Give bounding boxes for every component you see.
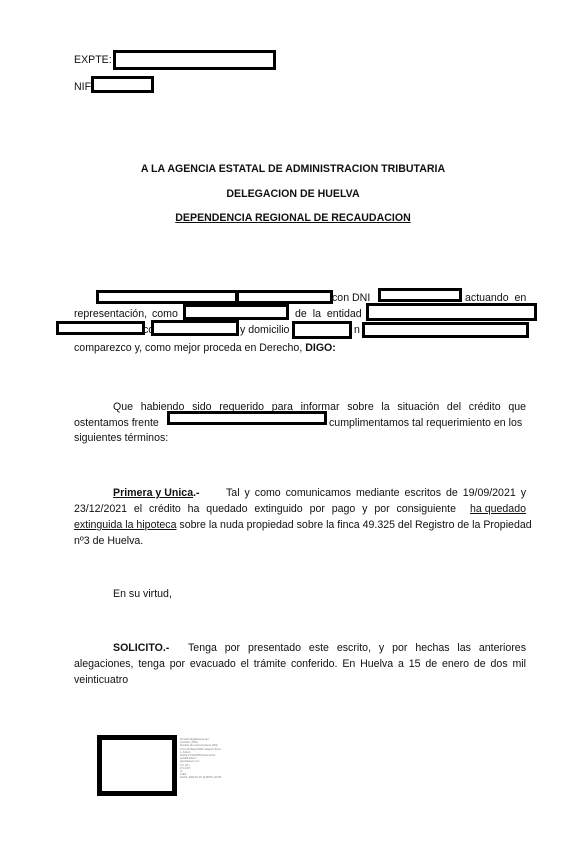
primera-line2-text: 23/12/2021 el crédito ha quedado extingu… (74, 503, 456, 515)
addressee-agency: A LA AGENCIA ESTATAL DE ADMINISTRACION T… (0, 163, 586, 175)
en-su-virtud: En su virtud, (113, 588, 172, 600)
intro-y-domicilio: y domicilio (240, 324, 289, 336)
intro-representacion: representación, como (74, 308, 178, 320)
intro-comparezco-text: comparezco y, como mejor proceda en Dere… (74, 342, 305, 354)
solicito-label: SOLICITO.- (113, 642, 169, 654)
paragraph1-ostentamos: ostentamos frente (74, 417, 159, 429)
primera-line2-underlined: ha quedado (470, 503, 526, 515)
redacted-name-1 (96, 290, 238, 304)
redacted-nif (91, 76, 154, 93)
digo-label: DIGO: (305, 342, 336, 354)
redacted-creditor (167, 411, 327, 425)
primera-line3-underlined: extinguida la hipoteca (74, 519, 176, 531)
intro-de-la-entidad: de la entidad (295, 308, 362, 320)
redacted-entity-cont (56, 321, 145, 335)
addressee-delegation: DELEGACION DE HUELVA (0, 188, 586, 200)
paragraph1-cumplimentamos: cumplimentamos tal requerimiento en los (329, 417, 522, 429)
redacted-address (362, 322, 529, 338)
nif-label: NIF (74, 81, 91, 93)
redacted-name-2 (236, 290, 333, 304)
primera-heading: Primera y Unica.- (113, 487, 200, 499)
primera-heading-suffix: .- (193, 487, 199, 499)
redacted-expte-number (113, 50, 276, 70)
primera-line4: nº3 de Huelva. (74, 535, 143, 547)
primera-line2: 23/12/2021 el crédito ha quedado extingu… (74, 503, 526, 515)
solicito-line3: veinticuatro (74, 674, 128, 686)
solicito-line1: Tenga por presentado este escrito, y por… (188, 642, 526, 654)
intro-n: n (354, 324, 360, 336)
digital-signature-stamp: Firmado digitalmente por (nombre y DNI) … (180, 738, 221, 780)
redacted-signature-image (97, 735, 177, 796)
redacted-dni (378, 288, 462, 302)
solicito-line2: alegaciones, tenga por evacuado el trámi… (74, 658, 526, 670)
primera-line3-text: sobre la nuda propiedad sobre la finca 4… (176, 519, 531, 531)
primera-line3: extinguida la hipoteca sobre la nuda pro… (74, 519, 532, 531)
intro-comparezco: comparezco y, como mejor proceda en Dere… (74, 342, 336, 354)
expte-label: EXPTE: (74, 54, 112, 66)
addressee-dependency: DEPENDENCIA REGIONAL DE RECAUDACION (0, 212, 586, 224)
primera-line1: Tal y como comunicamos mediante escritos… (226, 487, 526, 499)
redacted-city (292, 321, 352, 339)
redacted-cif (151, 320, 239, 336)
intro-con-dni: con DNI (332, 292, 370, 304)
redacted-role (183, 304, 289, 320)
paragraph1-line3: siguientes términos: (74, 432, 168, 444)
redacted-entity (366, 303, 537, 321)
primera-heading-label: Primera y Unica (113, 487, 193, 499)
